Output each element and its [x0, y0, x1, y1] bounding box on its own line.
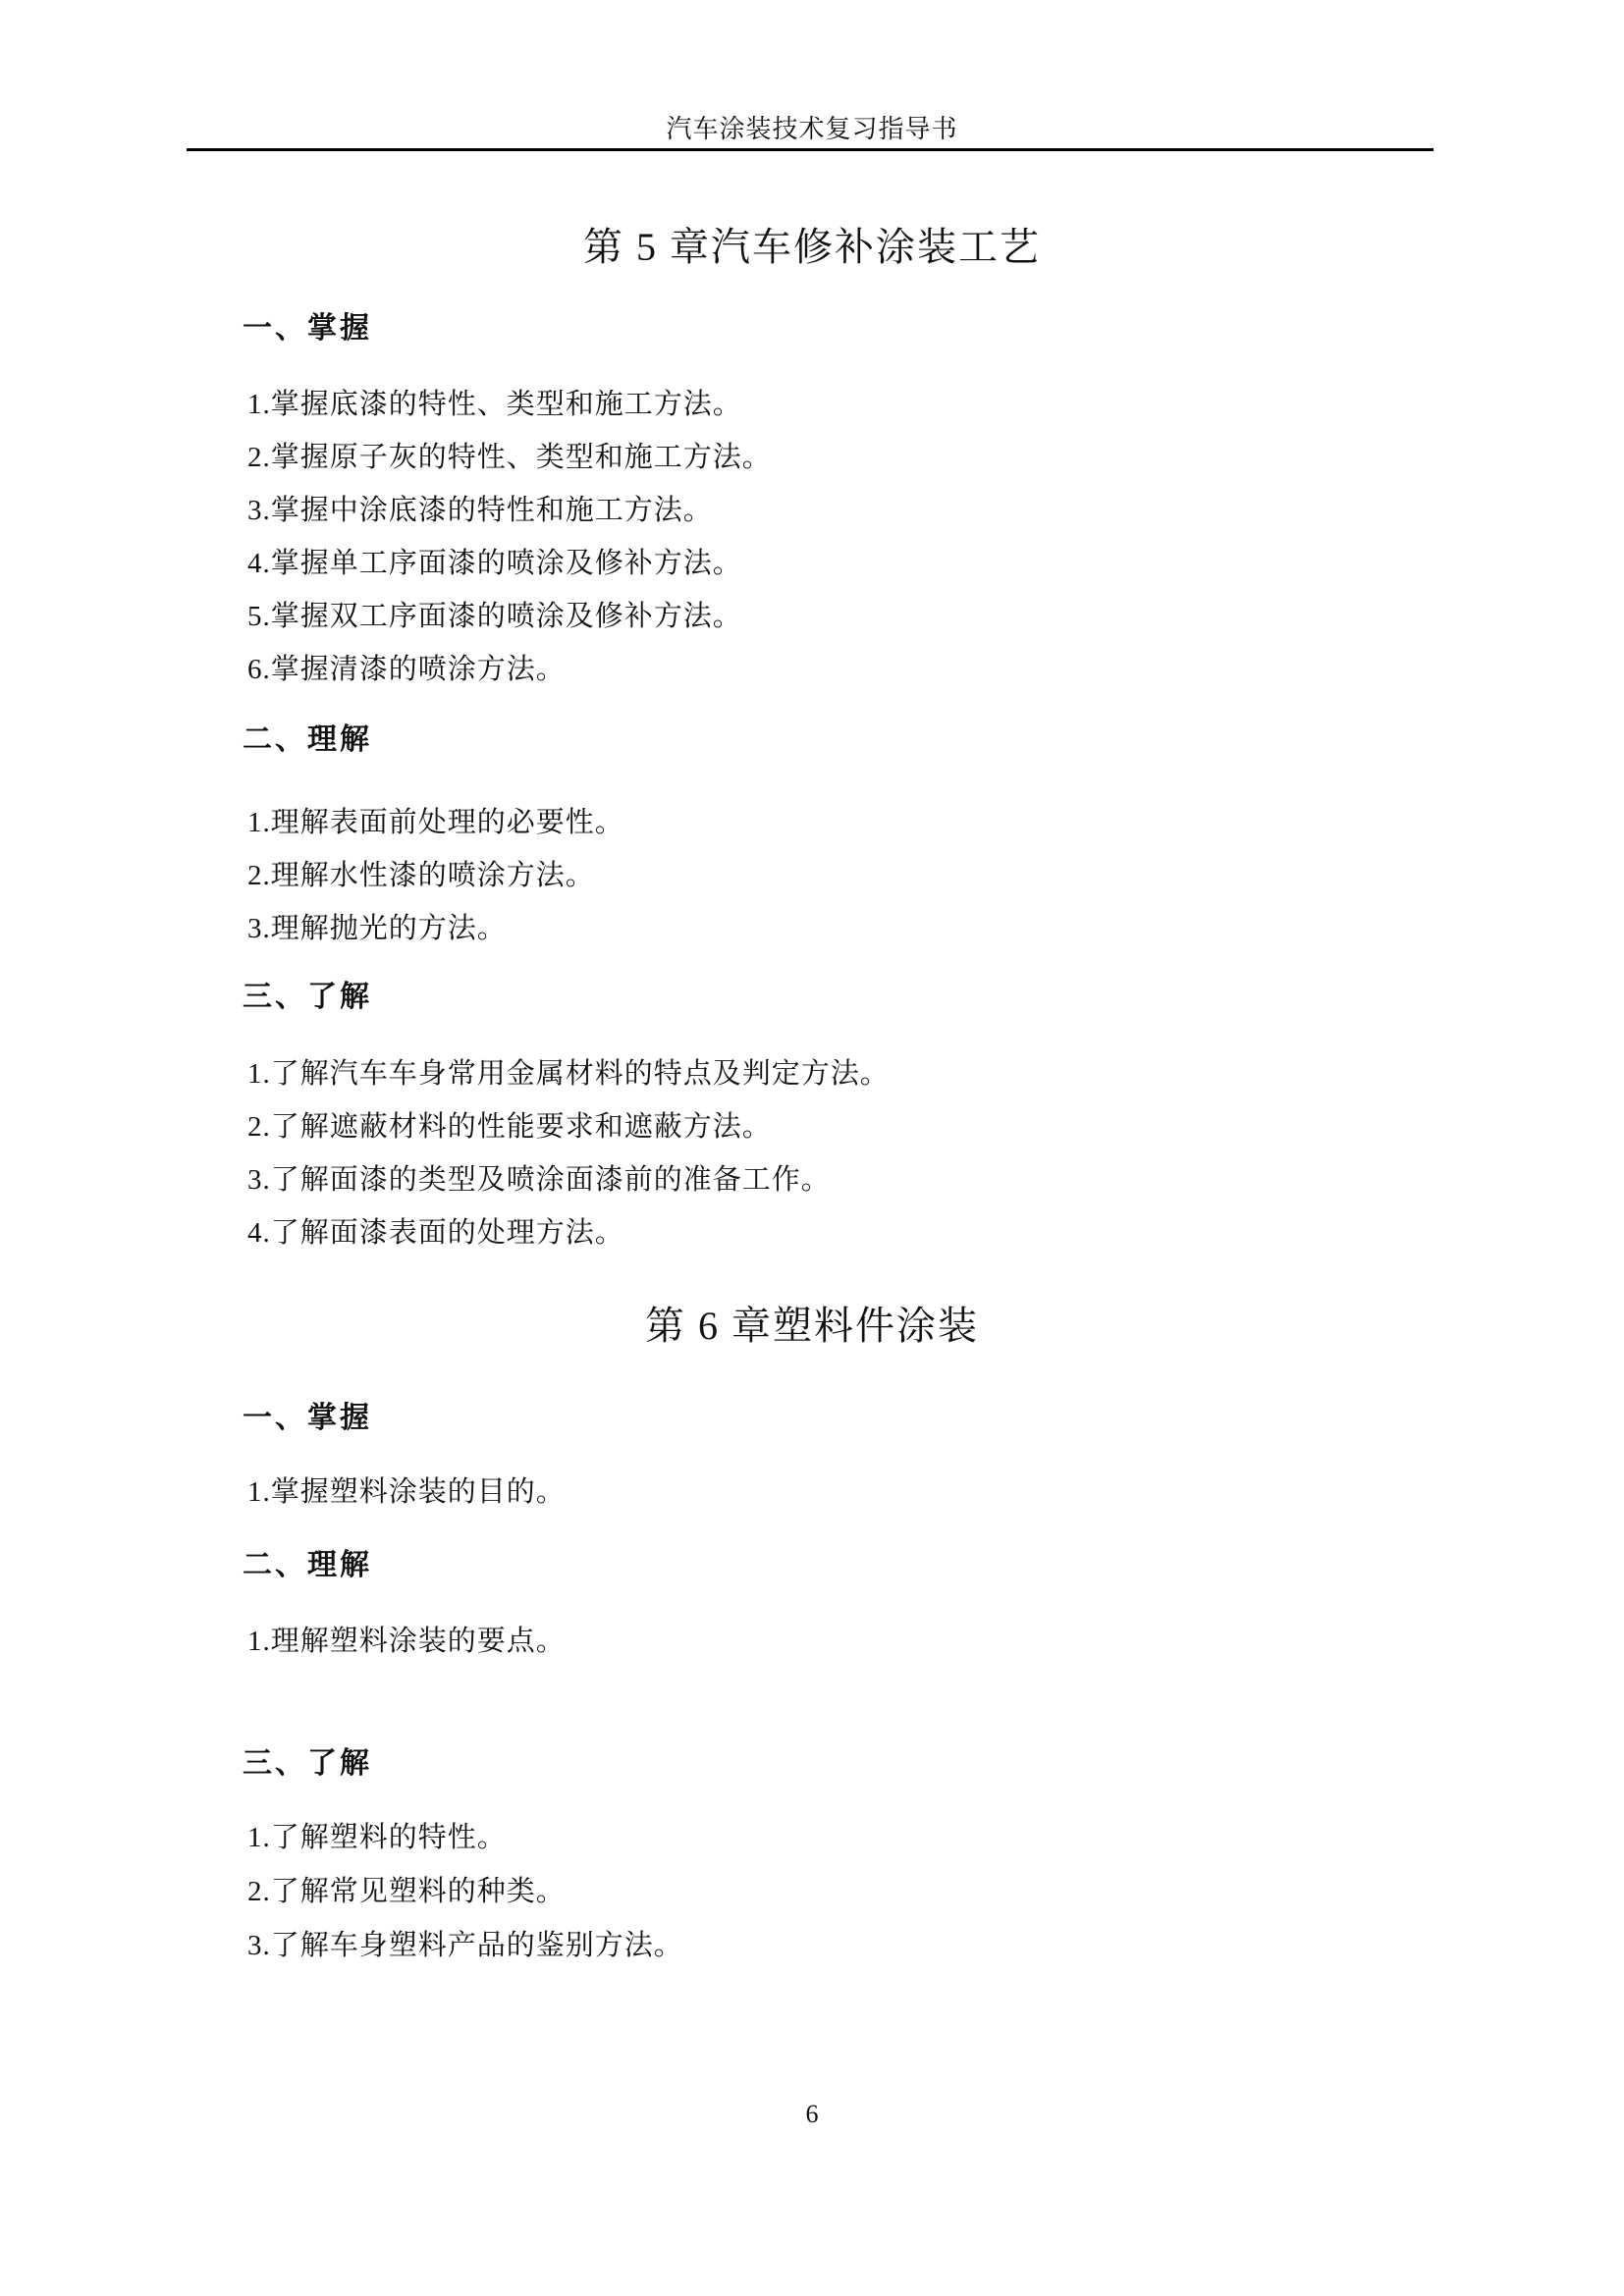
- chapter-6-section-2-heading: 二、理解: [243, 1548, 372, 1583]
- list-item: 6.掌握清漆的喷涂方法。: [247, 653, 566, 686]
- running-header: 汽车涂装技术复习指导书: [0, 114, 1624, 145]
- list-item: 2.了解常见塑料的种类。: [247, 1875, 566, 1908]
- chapter-5-title: 第 5 章汽车修补涂装工艺: [0, 224, 1624, 271]
- chapter-5-section-2-heading: 二、理解: [243, 722, 372, 758]
- list-item: 1.掌握塑料涂装的目的。: [247, 1475, 566, 1509]
- chapter-5-section-3-heading: 三、了解: [243, 980, 372, 1015]
- list-item: 3.掌握中涂底漆的特性和施工方法。: [247, 494, 713, 527]
- list-item: 3.理解抛光的方法。: [247, 912, 507, 945]
- list-item: 2.了解遮蔽材料的性能要求和遮蔽方法。: [247, 1110, 772, 1144]
- chapter-6-section-3-heading: 三、了解: [243, 1746, 372, 1782]
- page-number: 6: [0, 2100, 1624, 2129]
- document-page: 汽车涂装技术复习指导书 第 5 章汽车修补涂装工艺 一、掌握 1.掌握底漆的特性…: [0, 0, 1624, 2296]
- list-item: 1.掌握底漆的特性、类型和施工方法。: [247, 388, 742, 421]
- chapter-6-section-1-heading: 一、掌握: [243, 1401, 372, 1436]
- list-item: 4.了解面漆表面的处理方法。: [247, 1216, 624, 1250]
- list-item: 2.掌握原子灰的特性、类型和施工方法。: [247, 441, 772, 474]
- chapter-5-section-1-heading: 一、掌握: [243, 311, 372, 347]
- list-item: 1.了解汽车车身常用金属材料的特点及判定方法。: [247, 1057, 890, 1091]
- list-item: 5.掌握双工序面漆的喷涂及修补方法。: [247, 600, 742, 633]
- chapter-6-title: 第 6 章塑料件涂装: [0, 1303, 1624, 1350]
- list-item: 3.了解车身塑料产品的鉴别方法。: [247, 1929, 683, 1962]
- list-item: 4.掌握单工序面漆的喷涂及修补方法。: [247, 547, 742, 580]
- header-rule: [187, 148, 1434, 151]
- list-item: 1.了解塑料的特性。: [247, 1821, 507, 1854]
- list-item: 1.理解塑料涂装的要点。: [247, 1625, 566, 1658]
- list-item: 3.了解面漆的类型及喷涂面漆前的准备工作。: [247, 1163, 831, 1197]
- list-item: 1.理解表面前处理的必要性。: [247, 806, 624, 839]
- list-item: 2.理解水性漆的喷涂方法。: [247, 859, 595, 892]
